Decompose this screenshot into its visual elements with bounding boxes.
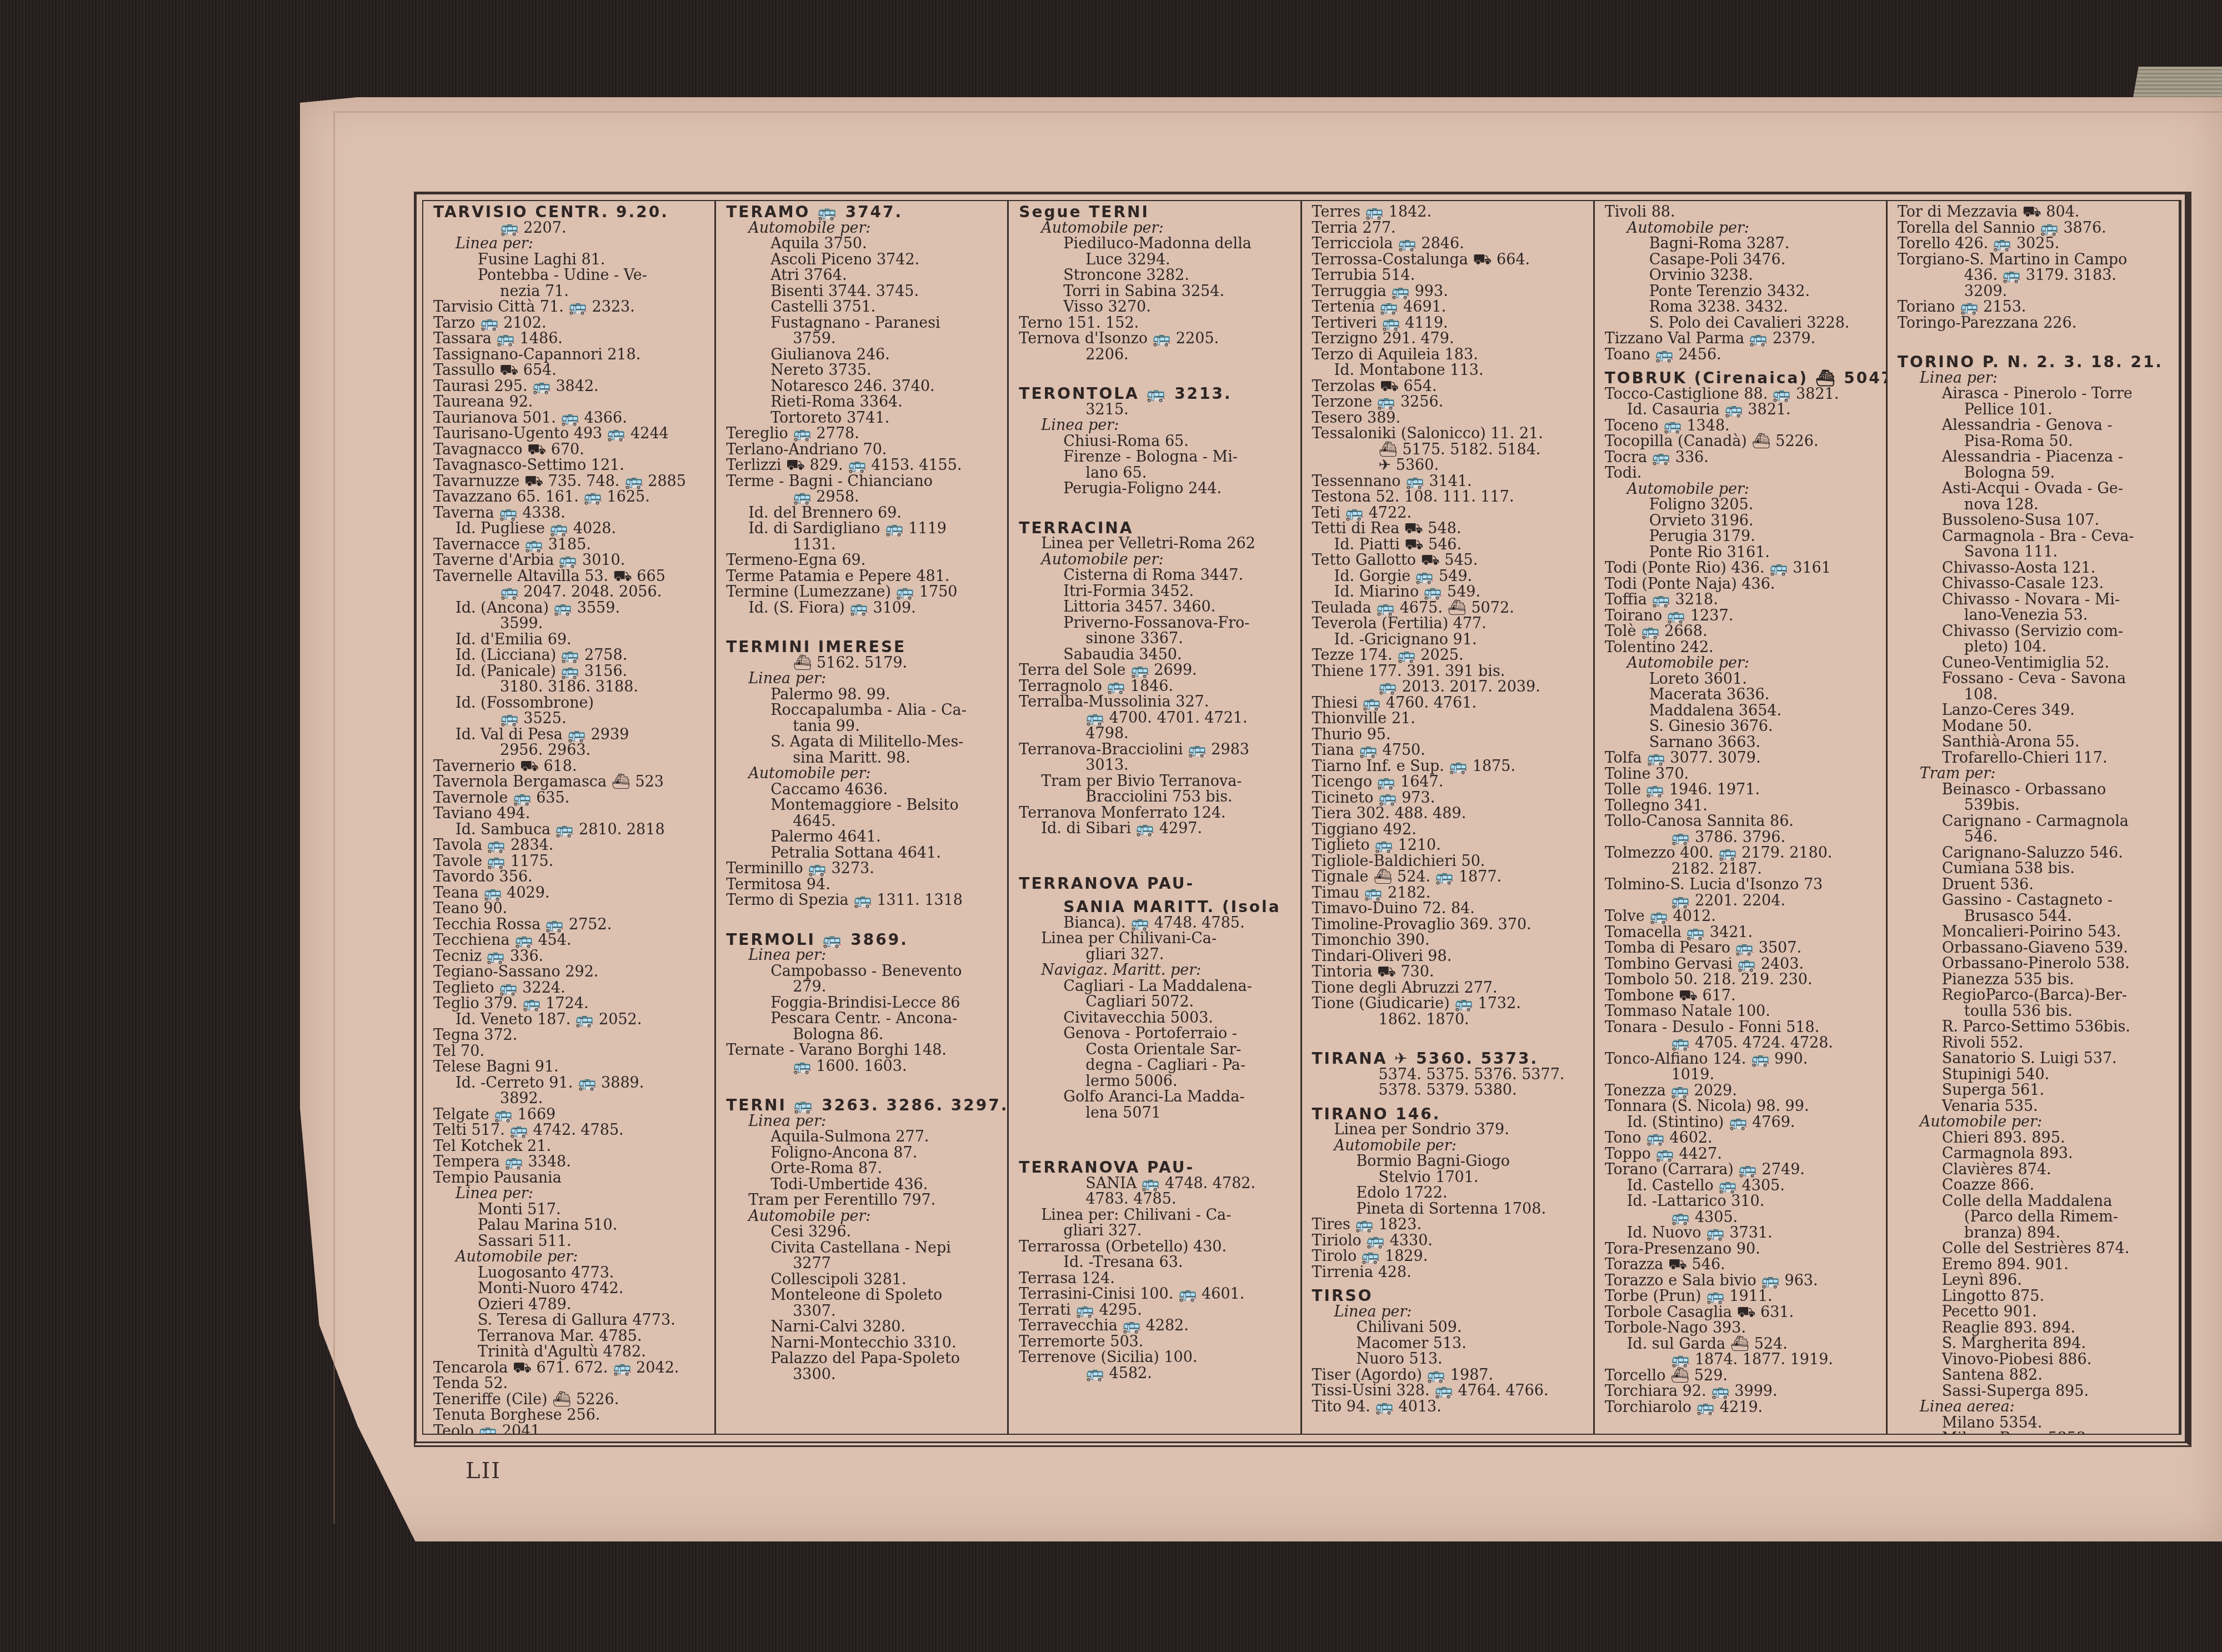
index-entry: Terrarossa (Orbetello) 430. — [1019, 1239, 1294, 1255]
index-entry: 2182. 2187. — [1605, 862, 1880, 878]
index-entry: Foligno 3205. — [1605, 497, 1880, 513]
index-entry: Petralia Sottana 4641. — [726, 845, 1002, 862]
index-entry: Tolmezzo 400. 🚌 2179. 2180. — [1605, 845, 1880, 862]
entry-heading: Segue TERNI — [1019, 204, 1294, 221]
spacer — [1019, 1121, 1294, 1137]
index-entry: Teglieto 🚌 3224. — [433, 980, 709, 997]
index-entry: Trofarello-Chieri 117. — [1898, 750, 2173, 767]
index-entry: Thurio 95. — [1312, 727, 1588, 743]
index-entry: Campobasso - Benevento — [726, 964, 1002, 980]
index-entry: Fustagnano - Paranesi — [726, 316, 1002, 332]
index-entry: Collescipoli 3281. — [726, 1272, 1002, 1288]
index-entry: Terrenove (Sicilia) 100. — [1019, 1350, 1294, 1366]
entry-heading: TIRANA ✈ 5360. 5373. — [1312, 1051, 1588, 1067]
index-entry: Tolfa 🚌 3077. 3079. — [1605, 750, 1880, 767]
index-entry: Teneriffe (Cile) ⛴ 5226. — [433, 1392, 709, 1408]
index-entry: Edolo 1722. — [1312, 1185, 1588, 1202]
index-entry: Palau Marina 510. — [433, 1218, 709, 1234]
index-entry: (Parco della Rimem- — [1898, 1209, 2173, 1225]
index-entry: Lanzo-Ceres 349. — [1898, 703, 2173, 719]
index-entry: Terme Patamia e Pepere 481. — [726, 569, 1002, 585]
index-entry: Tecchia Rossa 🚌 2752. — [433, 917, 709, 933]
index-entry: Automobile per: — [726, 221, 1002, 237]
index-entry: Id. (S. Fiora) 🚌 3109. — [726, 600, 1002, 617]
index-entry: Id. Sambuca 🚌 2810. 2818 — [433, 822, 709, 838]
entry-heading: TERNI 🚌 3263. 3286. 3297. — [726, 1098, 1002, 1114]
index-entry: 3180. 3186. 3188. — [433, 679, 709, 695]
index-entry: Linea per: — [1312, 1304, 1588, 1320]
index-entry: Tonnara (S. Nicola) 98. 99. — [1605, 1099, 1880, 1115]
index-entry: S. Ginesio 3676. — [1605, 719, 1880, 735]
index-entry: Teolo 🚌 2041. — [433, 1424, 709, 1434]
index-entry: toulla 536 bis. — [1898, 1004, 2173, 1020]
index-entry: Toceno 🚌 1348. — [1605, 418, 1880, 434]
index-entry: Sabaudia 3450. — [1019, 647, 1294, 663]
index-entry: Tione degli Abruzzi 277. — [1312, 980, 1588, 997]
index-entry: Thionville 21. — [1312, 711, 1588, 727]
spacer — [726, 616, 1002, 632]
index-entry: Firenze - Bologna - Mi- — [1019, 449, 1294, 465]
index-entry: Telgate 🚌 1669 — [433, 1107, 709, 1123]
index-entry: Bracciolini 753 bis. — [1019, 789, 1294, 805]
index-entry: Macomer 513. — [1312, 1336, 1588, 1352]
index-entry: 3215. — [1019, 402, 1294, 418]
index-entry: Tomacella 🚌 3421. — [1605, 925, 1880, 941]
index-entry: Id. Gorgie 🚌 549. — [1312, 569, 1588, 585]
index-entry: Tirolo 🚌 1829. — [1312, 1249, 1588, 1265]
index-entry: Thiene 177. 391. 391 bis. — [1312, 664, 1588, 680]
index-entry: Tavernelle Altavilla 53. ⛟ 665 — [433, 569, 709, 585]
index-entry: Palermo 4641. — [726, 829, 1002, 845]
index-entry: Luogosanto 4773. — [433, 1265, 709, 1281]
index-entry: Rivoli 552. — [1898, 1035, 2173, 1052]
index-entry: Tomba di Pesaro 🚌 3507. — [1605, 940, 1880, 957]
index-entry: Terlano-Andriano 70. — [726, 442, 1002, 458]
index-entry: Torri in Sabina 3254. — [1019, 284, 1294, 300]
index-entry: Todi (Ponte Naja) 436. — [1605, 577, 1880, 593]
index-entry: Terranova Monferrato 124. — [1019, 805, 1294, 822]
index-entry: 🚌 2047. 2048. 2056. — [433, 584, 709, 600]
index-entry: Tissi-Usini 328. 🚌 4764. 4766. — [1312, 1383, 1588, 1399]
index-entry: Foggia-Brindisi-Lecce 86 — [726, 995, 1002, 1012]
entry-heading: TERRANOVA PAU- — [1019, 1160, 1294, 1176]
index-entry: Tonara - Desulo - Fonni 518. — [1605, 1020, 1880, 1036]
index-entry: Costa Orientale Sar- — [1019, 1042, 1294, 1058]
index-entry: Id. -Gricignano 91. — [1312, 632, 1588, 648]
index-entry: Cesi 3296. — [726, 1224, 1002, 1240]
index-entry: nova 128. — [1898, 497, 2173, 513]
entry-heading: TIRSO — [1312, 1288, 1588, 1304]
index-entry: ⛴ 5175. 5182. 5184. — [1312, 442, 1588, 458]
entry-heading: TARVISIO CENTR. 9.20. — [433, 204, 709, 221]
index-entry: Pianezza 535 bis. — [1898, 972, 2173, 988]
index-entry: Luce 3294. — [1019, 252, 1294, 268]
index-entry: Stupinigi 540. — [1898, 1067, 2173, 1083]
index-entry: Tereglio 🚌 2778. — [726, 426, 1002, 442]
index-entry: ✈ 5360. — [1312, 458, 1588, 474]
index-entry: tania 99. — [726, 719, 1002, 735]
index-entry: Automobile per: — [1312, 1138, 1588, 1154]
index-entry: gliari 327. — [1019, 947, 1294, 963]
index-entry: Orbassano-Giaveno 539. — [1898, 940, 2173, 957]
index-entry: Perugia 3179. — [1605, 529, 1880, 545]
spacer — [1898, 331, 2173, 347]
index-column-3: Segue TERNIAutomobile per:Piediluco-Mado… — [1009, 201, 1302, 1434]
index-entry: ⛴ 5162. 5179. — [726, 655, 1002, 672]
index-entry: Tiarno Inf. e Sup. 🚌 1875. — [1312, 759, 1588, 775]
index-entry: Id. del Brennero 69. — [726, 505, 1002, 522]
index-entry: Timau 🚌 2182. — [1312, 885, 1588, 902]
index-entry: Torazzo e Sala bivio 🚌 963. — [1605, 1273, 1880, 1289]
index-entry: Tirrenia 428. — [1312, 1265, 1588, 1281]
index-entry: Id. Casauria 🚌 3821. — [1605, 402, 1880, 418]
entry-heading: TORINO P. N. 2. 3. 18. 21. — [1898, 354, 2173, 371]
index-column-1: TARVISIO CENTR. 9.20.🚌 2207.Linea per:Fu… — [423, 201, 716, 1434]
index-entry: Termeno-Egna 69. — [726, 553, 1002, 569]
index-column-2: TERAMO 🚌 3747.Automobile per:Aquila 3750… — [716, 201, 1009, 1434]
index-entry: Tram per Ferentillo 797. — [726, 1193, 1002, 1209]
index-entry: 3759. — [726, 331, 1002, 347]
index-entry: Tertiveri 🚌 4119. — [1312, 316, 1588, 332]
index-entry: Id. (Licciana) 🚌 2758. — [433, 648, 709, 664]
index-entry: Tavarnuzze ⛟ 735. 748. 🚌 2885 — [433, 474, 709, 490]
index-entry: Bisenti 3744. 3745. — [726, 284, 1002, 300]
index-entry: lano-Venezia 53. — [1898, 608, 2173, 624]
index-entry: Tigliole-Baldichieri 50. — [1312, 854, 1588, 870]
index-entry: Tiriolo 🚌 4330. — [1312, 1233, 1588, 1249]
index-entry: Linea per Velletri-Roma 262 — [1019, 536, 1294, 552]
index-entry: Tarvisio Città 71. 🚌 2323. — [433, 299, 709, 316]
index-entry: Terzo di Aquileia 183. — [1312, 347, 1588, 363]
index-entry: Palermo 98. 99. — [726, 687, 1002, 703]
index-entry: Terranova Mar. 4785. — [433, 1329, 709, 1345]
index-entry: Bagni-Roma 3287. — [1605, 236, 1880, 252]
index-entry: Tombino Gervasi 🚌 2403. — [1605, 957, 1880, 973]
index-entry: Tolmino-S. Lucia d'Isonzo 73 — [1605, 877, 1880, 893]
index-entry: 4783. 4785. — [1019, 1192, 1294, 1208]
index-entry: Automobile per: — [1019, 552, 1294, 568]
index-entry: Terrossa-Costalunga ⛟ 664. — [1312, 252, 1588, 268]
index-entry: Tavole 🚌 1175. — [433, 854, 709, 870]
index-entry: Terricciola 🚌 2846. — [1312, 236, 1588, 252]
index-entry: 🚌 3786. 3796. — [1605, 830, 1880, 846]
index-entry: Tortoreto 3741. — [726, 411, 1002, 427]
index-entry: Loreto 3601. — [1605, 672, 1880, 688]
index-entry: Toffia 🚌 3218. — [1605, 592, 1880, 608]
index-entry: Id. (Fossombrone) — [433, 695, 709, 712]
index-entry: Tegna 372. — [433, 1028, 709, 1044]
index-entry: Cuneo-Ventimiglia 52. — [1898, 655, 2173, 672]
index-entry: Torazza ⛟ 546. — [1605, 1257, 1880, 1273]
index-entry: Tavazzano 65. 161. 🚌 1625. — [433, 489, 709, 505]
index-entry: Tenuta Borghese 256. — [433, 1408, 709, 1424]
index-entry: Tiser (Agordo) 🚌 1987. — [1312, 1368, 1588, 1384]
index-entry: Modane 50. — [1898, 719, 2173, 735]
index-entry: 🚌 4582. — [1019, 1366, 1294, 1382]
index-entry: Tencarola ⛟ 671. 672. 🚌 2042. — [433, 1360, 709, 1376]
index-entry: Terzolas ⛟ 654. — [1312, 379, 1588, 395]
index-entry: Cisterna di Roma 3447. — [1019, 568, 1294, 584]
index-entry: Tono 🚌 4602. — [1605, 1130, 1880, 1147]
index-entry: Castelli 3751. — [726, 299, 1002, 316]
index-entry: Tintoria ⛟ 730. — [1312, 964, 1588, 980]
index-entry: Orte-Roma 87. — [726, 1161, 1002, 1177]
index-entry: Tonco-Alfiano 124. 🚌 990. — [1605, 1052, 1880, 1068]
index-entry: Tavagnasco-Settimo 121. — [433, 458, 709, 474]
index-entry: Bussoleno-Susa 107. — [1898, 513, 2173, 529]
index-column-6: Tor di Mezzavia ⛟ 804.Torella del Sannio… — [1888, 201, 2180, 1434]
index-entry: Santena 882. — [1898, 1368, 2173, 1384]
index-entry: Golfo Aranci-La Madda- — [1019, 1089, 1294, 1105]
index-entry: Fossano - Ceva - Savona — [1898, 671, 2173, 687]
index-entry: Chiusi-Roma 65. — [1019, 434, 1294, 450]
index-entry: Reaglie 893. 894. — [1898, 1320, 2173, 1336]
index-entry: 4798. — [1019, 726, 1294, 742]
index-entry: Terragnolo 🚌 1846. — [1019, 679, 1294, 695]
index-entry: Savona 111. — [1898, 544, 2173, 560]
index-entry: Venaria 535. — [1898, 1099, 2173, 1115]
index-entry: Automobile per: — [1898, 1114, 2173, 1130]
index-entry: Tombolo 50. 218. 219. 230. — [1605, 972, 1880, 988]
index-entry: Tombone ⛟ 617. — [1605, 988, 1880, 1004]
index-entry: Tempio Pausania — [433, 1170, 709, 1187]
index-entry: Macerata 3636. — [1605, 687, 1880, 703]
index-entry: Linea aerea: — [1898, 1399, 2173, 1415]
index-entry: Id. Veneto 187. 🚌 2052. — [433, 1012, 709, 1028]
index-entry: 436. 🚌 3179. 3183. — [1898, 268, 2173, 284]
index-entry: Tessennano 🚌 3141. — [1312, 474, 1588, 490]
index-entry: Id. d'Emilia 69. — [433, 632, 709, 648]
index-entry: Narni-Montecchio 3310. — [726, 1335, 1002, 1351]
index-entry: Automobile per: — [1605, 482, 1880, 498]
index-entry: Tram per Bivio Terranova- — [1019, 774, 1294, 790]
index-entry: Chivasso (Servizio com- — [1898, 624, 2173, 640]
index-entry: Automobile per: — [1605, 221, 1880, 237]
index-entry: 1019. — [1605, 1067, 1880, 1083]
entry-heading: TERONTOLA 🚌 3213. — [1019, 386, 1294, 402]
index-entry: Perugia-Foligno 244. — [1019, 481, 1294, 497]
index-entry: Pisa-Roma 50. — [1898, 434, 2173, 450]
index-entry: Terrubia 514. — [1312, 268, 1588, 284]
index-entry: Id. (Ancona) 🚌 3559. — [433, 600, 709, 617]
index-entry: 5378. 5379. 5380. — [1312, 1083, 1588, 1099]
index-entry: Torello 426. 🚌 3025. — [1898, 236, 2173, 252]
index-entry: Termo di Spezia 🚌 1311. 1318 — [726, 893, 1002, 909]
index-entry: sina Maritt. 98. — [726, 750, 1002, 767]
index-entry: Terres 🚌 1842. — [1312, 204, 1588, 221]
index-entry: Sanatorio S. Luigi 537. — [1898, 1051, 2173, 1067]
index-entry: 🚌 3525. — [433, 711, 709, 727]
index-entry: Superga 561. — [1898, 1083, 2173, 1099]
index-entry: Colle della Maddalena — [1898, 1194, 2173, 1210]
index-entry: Id. -Tresana 63. — [1019, 1255, 1294, 1271]
index-entry: 1131. — [726, 537, 1002, 553]
index-entry: Terremorte 503. — [1019, 1334, 1294, 1350]
index-entry: Timavo-Duino 72. 84. — [1312, 901, 1588, 917]
index-entry: Taureana 92. — [433, 394, 709, 411]
index-entry: Milano-Roma 5353. — [1898, 1431, 2173, 1434]
index-entry: Automobile per: — [726, 1209, 1002, 1225]
index-entry: degna - Cagliari - Pa- — [1019, 1058, 1294, 1074]
index-entry: Tavernola Bergamasca ⛴ 523 — [433, 774, 709, 790]
index-entry: Id. -Cerreto 91. 🚌 3889. — [433, 1075, 709, 1092]
index-entry: 🚌 2201. 2204. — [1605, 893, 1880, 909]
index-entry: Tocopilla (Canadà) ⛴ 5226. — [1605, 434, 1880, 450]
entry-heading: TERRANOVA PAU- — [1019, 876, 1294, 892]
index-entry: Pellice 101. — [1898, 402, 2173, 418]
index-entry: Toirano 🚌 1237. — [1605, 608, 1880, 624]
index-column-4: Terres 🚌 1842.Terria 277.Terricciola 🚌 2… — [1302, 201, 1595, 1434]
spacer — [1312, 1028, 1588, 1043]
index-entry: Tetto Gallotto ⛟ 545. — [1312, 553, 1588, 569]
index-entry: Terria 277. — [1312, 221, 1588, 237]
index-entry: pleto) 104. — [1898, 639, 2173, 655]
index-entry: Civita Castellana - Nepi — [726, 1240, 1002, 1256]
index-entry: Pecetto 901. — [1898, 1304, 2173, 1320]
index-entry: Testona 52. 108. 111. 117. — [1312, 489, 1588, 505]
index-entry: Tor di Mezzavia ⛟ 804. — [1898, 204, 2173, 221]
index-entry: Automobile per: — [433, 1249, 709, 1265]
index-entry: Id. sul Garda ⛴ 524. — [1605, 1336, 1880, 1353]
index-entry: Taverna 🚌 4338. — [433, 505, 709, 522]
index-entry: Priverno-Fossanova-Fro- — [1019, 615, 1294, 632]
index-entry: Teti 🚌 4722. — [1312, 505, 1588, 522]
index-entry: Terrasini-Cinisi 100. 🚌 4601. — [1019, 1286, 1294, 1303]
index-entry: Casape-Poli 3476. — [1605, 252, 1880, 268]
index-entry: Teano 90. — [433, 901, 709, 917]
index-entry: Torano (Carrara) 🚌 2749. — [1605, 1162, 1880, 1178]
index-entry: 4645. — [726, 814, 1002, 830]
index-entry: nezia 71. — [433, 284, 709, 300]
index-entry: Torchiarolo 🚌 4219. — [1605, 1400, 1880, 1416]
index-entry: Nereto 3735. — [726, 363, 1002, 379]
spacer — [726, 1074, 1002, 1090]
index-table-frame: TARVISIO CENTR. 9.20.🚌 2207.Linea per:Fu… — [414, 192, 2191, 1447]
index-entry: Tiana 🚌 4750. — [1312, 743, 1588, 759]
index-entry: Tires 🚌 1823. — [1312, 1217, 1588, 1233]
index-entry: Carmagnola 893. — [1898, 1146, 2173, 1162]
entry-heading: TERMINI IMERESE — [726, 639, 1002, 655]
index-entry: Id. Val di Pesa 🚌 2939 — [433, 727, 709, 743]
spacer — [1019, 853, 1294, 868]
index-entry: Tassara 🚌 1486. — [433, 331, 709, 347]
index-entry: Pineta di Sortenna 1708. — [1312, 1202, 1588, 1218]
entry-heading: TOBRUK (Cirenaica) ⛴ 5047 — [1605, 371, 1880, 387]
spacer — [726, 909, 1002, 924]
index-entry: Bologna 59. — [1898, 465, 2173, 482]
index-entry: Navigaz. Maritt. per: — [1019, 963, 1294, 979]
index-entry: Druent 536. — [1898, 877, 2173, 893]
index-entry: Id. di Sardigliano 🚌 1119 — [726, 521, 1002, 537]
index-entry: 🚌 4305. — [1605, 1210, 1880, 1226]
index-entry: gliari 327. — [1019, 1223, 1294, 1239]
index-entry: Carignano - Carmagnola — [1898, 814, 2173, 830]
index-entry: 3277 — [726, 1256, 1002, 1272]
index-entry: Tora-Presenzano 90. — [1605, 1241, 1880, 1258]
entry-heading: TERRACINA — [1019, 520, 1294, 537]
index-entry: Ponte Rio 3161. — [1605, 545, 1880, 561]
index-entry: Colle del Sestrières 874. — [1898, 1241, 2173, 1257]
index-entry: Taurasi 295. 🚌 3842. — [433, 379, 709, 395]
index-entry: Fusine Laghi 81. — [433, 252, 709, 268]
index-entry: Pontebba - Udine - Ve- — [433, 268, 709, 284]
index-entry: 108. — [1898, 687, 2173, 703]
index-entry: Visso 3270. — [1019, 299, 1294, 316]
index-entry: Automobile per: — [726, 766, 1002, 782]
index-entry: Aquila 3750. — [726, 236, 1002, 252]
index-entry: Id. Miarino 🚌 549. — [1312, 584, 1588, 600]
entry-heading: TERMOLI 🚌 3869. — [726, 932, 1002, 948]
index-entry: Montemaggiore - Belsito — [726, 798, 1002, 814]
index-entry: Telti 517. 🚌 4742. 4785. — [433, 1123, 709, 1139]
index-entry: Tocra 🚌 336. — [1605, 450, 1880, 466]
index-entry: Roccapalumba - Alia - Ca- — [726, 703, 1002, 719]
index-entry: Id. di Sibari 🚌 4297. — [1019, 821, 1294, 837]
index-entry: Leynì 896. — [1898, 1273, 2173, 1289]
index-entry: 3300. — [726, 1367, 1002, 1383]
index-entry: Id. Piatti ⛟ 546. — [1312, 537, 1588, 553]
index-entry: 1862. 1870. — [1312, 1012, 1588, 1028]
index-entry: Monti 517. — [433, 1202, 709, 1218]
index-entry: Stelvio 1701. — [1312, 1170, 1588, 1186]
index-entry: Tel 70. — [433, 1044, 709, 1060]
index-entry: Rieti-Roma 3364. — [726, 394, 1002, 411]
index-entry: Carignano-Saluzzo 546. — [1898, 845, 2173, 862]
index-entry: Roma 3238. 3432. — [1605, 299, 1880, 316]
index-entry: 279. — [726, 979, 1002, 995]
index-entry: Toano 🚌 2456. — [1605, 347, 1880, 363]
index-entry: Terme - Bagni - Chianciano — [726, 474, 1002, 490]
index-entry: Vinovo-Piobesi 886. — [1898, 1352, 2173, 1368]
entry-heading: SANIA MARITT. (Isola — [1019, 899, 1294, 915]
index-entry: 539bis. — [1898, 798, 2173, 814]
entry-heading: TIRANO 146. — [1312, 1107, 1588, 1123]
index-entry: Torbole-Nago 393. — [1605, 1320, 1880, 1336]
index-entry: Tempera 🚌 3348. — [433, 1154, 709, 1170]
index-entry: Tolè 🚌 2668. — [1605, 624, 1880, 640]
index-entry: Terra del Sole 🚌 2699. — [1019, 663, 1294, 679]
index-entry: 546. — [1898, 829, 2173, 845]
index-columns: TARVISIO CENTR. 9.20.🚌 2207.Linea per:Fu… — [422, 200, 2181, 1435]
index-entry: Cagliari 5072. — [1019, 994, 1294, 1010]
index-entry: Notaresco 246. 3740. — [726, 379, 1002, 395]
index-entry: Tecchiena 🚌 454. — [433, 933, 709, 949]
spacer — [1019, 837, 1294, 853]
index-entry: Tolle 🚌 1946. 1971. — [1605, 782, 1880, 798]
index-entry: lano 65. — [1019, 465, 1294, 482]
index-entry: Chieri 893. 895. — [1898, 1130, 2173, 1147]
index-entry: Terminillo 🚌 3273. — [726, 861, 1002, 877]
index-entry: Brusasco 544. — [1898, 909, 2173, 925]
index-entry: Tito 94. 🚌 4013. — [1312, 1399, 1588, 1415]
index-entry: Linea per: — [433, 1186, 709, 1202]
index-entry: Giulianova 246. — [726, 347, 1002, 363]
index-entry: Chilivani 509. — [1312, 1320, 1588, 1336]
index-entry: Tassullo ⛟ 654. — [433, 363, 709, 379]
index-entry: Tollo-Canosa Sannita 86. — [1605, 814, 1880, 830]
index-entry: 🚌 4700. 4701. 4721. — [1019, 710, 1294, 727]
index-entry: Tel Kotchek 21. — [433, 1139, 709, 1155]
index-entry: Tocco-Castiglione 88. 🚌 3821. — [1605, 387, 1880, 403]
index-entry: S. Margherita 894. — [1898, 1336, 2173, 1352]
index-entry: Termitosa 94. — [726, 877, 1002, 893]
index-entry: Bianca). 🚌 4748. 4785. — [1019, 915, 1294, 932]
index-entry: Atri 3764. — [726, 268, 1002, 284]
index-entry: 3892. — [433, 1091, 709, 1107]
index-entry: Tiglieto 🚌 1210. — [1312, 838, 1588, 854]
index-entry: Tavordo 356. — [433, 869, 709, 885]
index-entry: SANIA 🚌 4748. 4782. — [1019, 1176, 1294, 1192]
